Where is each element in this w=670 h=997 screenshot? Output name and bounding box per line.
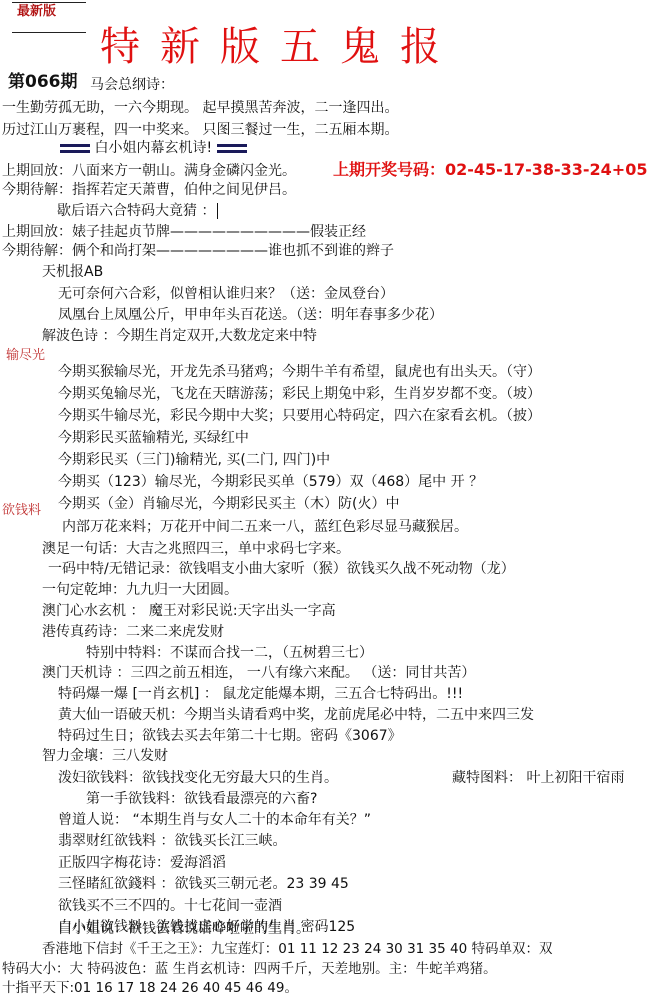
poem-line-2: 历过江山万裹程，四一中奖来。 只图三餐过一生，二五厢本期。: [2, 122, 398, 138]
tianji-heading: 天机报AB: [42, 264, 103, 280]
ten-fingers-line: 十指平天下:01 16 17 18 24 26 40 45 46 49。: [2, 981, 298, 997]
page-title: 特新版五鬼报: [100, 24, 460, 70]
last-draw-numbers: 上期开奖号码：02-45-17-38-33-24+05: [333, 161, 647, 179]
lose-all-line: 今期买牛输尽光，彩民今期中大奖；只要用心特码定，四六在家看玄机。（披）: [58, 408, 541, 424]
issue-number: 第066期: [8, 73, 78, 93]
lose-all-label: 输尽光: [6, 349, 45, 364]
lose-all-line: 今期买（123）输尽光，今期彩民买单（579）双（468）尾中 开 ？: [58, 474, 483, 490]
want-money-line: 黄大仙一语破天机：今期当头请看鸡中奖，龙前虎尾必中特，二五中来四三发: [58, 707, 534, 723]
header-rule-bottom: [12, 32, 86, 33]
want-money-line: 港传真药诗：二来二来虎发财: [42, 624, 224, 640]
miss-bai-last-review: 上期回放：八面来方一朝山。满身金磷闪金光。: [2, 163, 296, 179]
tianji-line-2: 凤凰台上凤凰公斤，甲申年头百花送。（送：明年春事多少花）: [58, 307, 443, 323]
want-money-line: 白小姐说：欲钱去看说话哗啦啦的生肖。: [58, 921, 310, 937]
want-money-line: 智力金壤：三八发财: [42, 748, 168, 764]
want-money-line: 翡翠财红欲钱料 ：欲钱买长江三峡。: [58, 833, 286, 849]
lose-all-line: 今期彩民买蓝输精光, 买绿红中: [58, 430, 249, 446]
riddle-heading: 歇后语六合特码大竟猜 ：: [57, 203, 215, 219]
hk-envelope-line: 香港地下信封《千王之王》：九宝莲灯：01 11 12 23 24 30 31 3…: [42, 942, 552, 958]
want-money-line: 泼妇欲钱料：欲钱找变化无穷最大只的生肖。: [58, 770, 338, 786]
want-money-line: 澳门天机诗 ：三四之前五相连， 一八有缘六来配。 （送：同甘共苦）: [42, 665, 475, 681]
want-money-line: 澳足一句话：大吉之兆照四三，单中求码七字来。: [42, 541, 350, 557]
want-money-label: 欲钱料: [2, 504, 41, 519]
double-bar-icon: [60, 144, 90, 153]
tianji-line-1: 无可奈何六合彩，似曾相认谁归来？（送：金凤登台）: [58, 286, 394, 302]
lose-all-line: 今期买（金）肖输尽光，今期彩民买主（木）防(火）中: [58, 496, 399, 512]
want-money-line: 欲钱买不三不四的。十七花间一壶酒: [58, 898, 282, 914]
want-money-line: 第一手欲钱料：欲钱看最漂亮的六畜?: [86, 791, 317, 807]
want-money-line: 内部万花来料；万花开中间二五来一八，蓝红色彩尽显马藏猴居。: [62, 519, 468, 535]
double-bar-icon: [217, 144, 247, 153]
want-money-line: 三怪睹紅欲錢料 ：欲钱买三朝元老。23 39 45: [58, 876, 349, 892]
hidden-pic-clue: 藏特图料： 叶上初阳干宿雨: [452, 770, 624, 786]
want-money-line: 正版四字梅花诗：爱海滔滔: [58, 855, 226, 871]
lose-all-line: 今期彩民买（三门)输精光, 买(二门, 四门)中: [58, 452, 330, 468]
want-money-line: 特码爆一爆 [一肖玄机] ： 鼠龙定能爆本期，三五合七特码出。!!!: [58, 686, 463, 702]
want-money-line: 特码过生日；欲钱去买去年第二十七期。密码《3067》: [58, 728, 402, 744]
want-money-line: 特别中特料：不谋而合找一二，（五树碧三七）: [86, 645, 373, 661]
lose-all-line: 今期买兔输尽光，飞龙在天瞎游荡；彩民上期兔中彩，生肖岁岁都不变。（坡）: [58, 386, 541, 402]
latest-edition-badge: 最新版: [17, 5, 56, 20]
want-money-line: 一码中特/无错记录：欲钱唱支小曲大家听（猴）欲钱买久战不死动物（龙）: [48, 561, 515, 577]
want-money-line: 曾道人说： “本期生肖与女人二十的本命年有关？”: [58, 812, 371, 828]
miss-bai-heading: 白小姐内幕玄机诗!: [94, 140, 212, 156]
riddle-last-review: 上期回放：婊子挂起贞节牌——————————假装正经: [2, 224, 366, 240]
miss-bai-heading-row: 白小姐内幕玄机诗!: [60, 140, 247, 156]
riddle-this-issue: 今期待解：俩个和尚打架————————谁也抓不到谁的辫子: [2, 243, 394, 259]
miss-bai-this-issue: 今期待解：指挥若定天萧曹，伯仲之间见伊吕。: [2, 182, 296, 198]
text-cursor: [217, 203, 218, 219]
riddle-heading-row: 歇后语六合特码大竟猜 ：: [57, 203, 218, 219]
lose-all-line: 今期买猴输尽光，开龙先杀马猪鸡；今期牛羊有希望，鼠虎也有出头天。（守）: [58, 364, 541, 380]
want-money-line: 一句定乾坤：九九归一大团圆。: [42, 582, 238, 598]
poem-label: 马会总纲诗：: [90, 77, 174, 93]
poem-line-1: 一生勤劳孤无助，一六今期现。 起早摸黑苦奔波，二一逢四出。: [2, 100, 398, 116]
header-rule-top: [12, 2, 86, 3]
want-money-line: 澳门心水玄机 ： 魔王对彩民说:天字出头一字高: [42, 603, 336, 619]
wave-color-poem: 解波色诗 ：今期生肖定双开,大数龙定来中特: [42, 328, 317, 344]
summary-line: 特码大小：大 特码波色：蓝 生肖玄机诗：四两千斤，天差地别。主：牛蛇羊鸡猪。: [2, 962, 497, 978]
